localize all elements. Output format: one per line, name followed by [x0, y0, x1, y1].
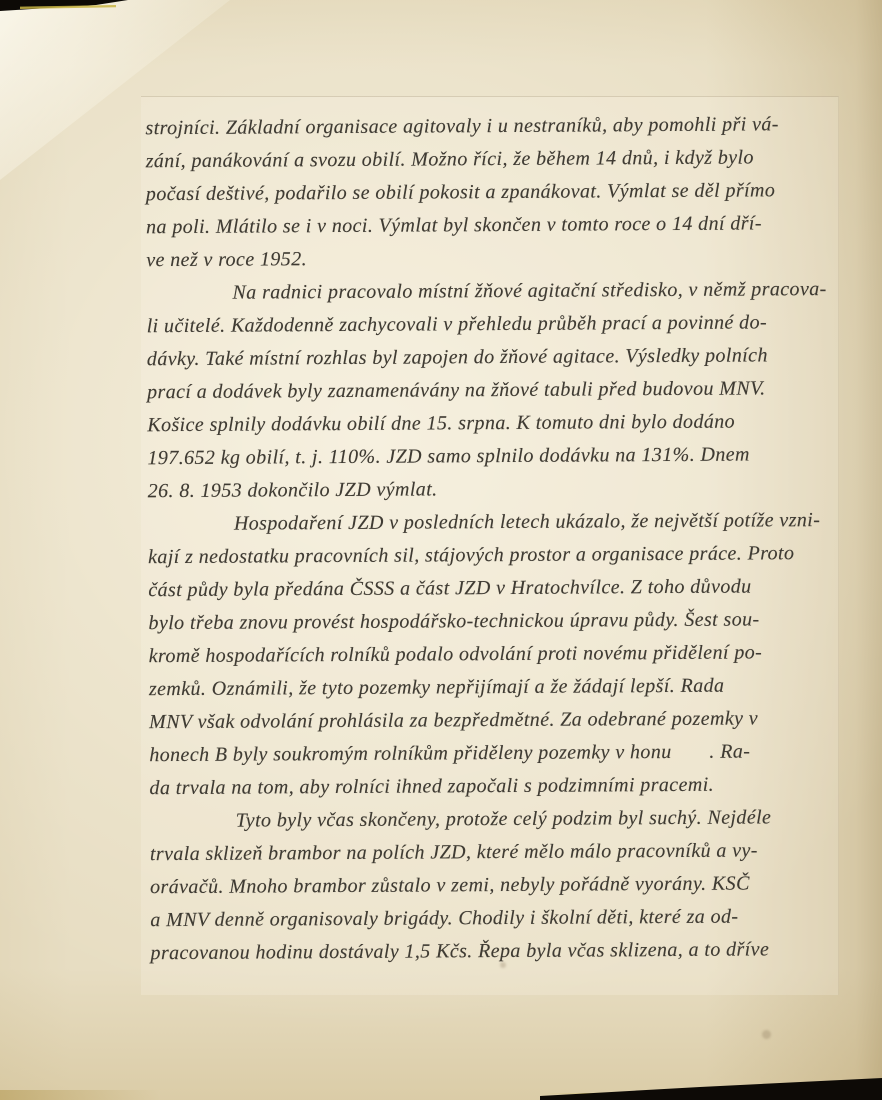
handwritten-line: da trvala na tom, aby rolníci ihned zapo…: [149, 768, 865, 805]
handwritten-line: honech B byly soukromým rolníkům přiděle…: [149, 735, 865, 772]
handwritten-line: kromě hospodařících rolníků podalo odvol…: [149, 636, 865, 673]
handwritten-line: strojníci. Základní organisace agitovaly…: [145, 108, 861, 145]
handwritten-line: Hospodaření JZD v posledních letech ukáz…: [148, 504, 864, 541]
paragraph-harvest: strojníci. Základní organisace agitovaly…: [145, 108, 862, 277]
paper-blemish: [500, 962, 506, 968]
handwritten-line: a MNV denně organisovaly brigády. Chodil…: [150, 900, 866, 937]
handwritten-line: kají z nedostatku pracovních sil, stájov…: [148, 537, 864, 574]
handwritten-line: Na radnici pracovalo místní žňové agitač…: [146, 273, 862, 310]
handwritten-line: bylo třeba znovu provést hospodářsko-tec…: [148, 603, 864, 640]
handwritten-line: zemků. Oznámili, že tyto pozemky nepřijí…: [149, 669, 865, 706]
handwritten-line: pracovanou hodinu dostávaly 1,5 Kčs. Řep…: [150, 933, 866, 970]
handwritten-line: zání, panákování a svozu obilí. Možno ří…: [146, 141, 862, 178]
handwritten-line: 26. 8. 1953 dokončilo JZD výmlat.: [148, 471, 864, 508]
handwritten-line: část půdy byla předána ČSSS a část JZD v…: [148, 570, 864, 607]
handwritten-line: ve než v roce 1952.: [146, 240, 862, 277]
paragraph-agitation-centre: Na radnici pracovalo místní žňové agitač…: [146, 273, 863, 508]
handwritten-line: li učitelé. Každodenně zachycovali v pře…: [147, 306, 863, 343]
handwritten-line: Košice splnily dodávku obilí dne 15. srp…: [147, 405, 863, 442]
handwritten-line: Tyto byly včas skončeny, protože celý po…: [150, 801, 866, 838]
paragraph-autumn-works: Tyto byly včas skončeny, protože celý po…: [150, 801, 867, 970]
handwritten-line: MNV však odvolání prohlásila za bezpředm…: [149, 702, 865, 739]
manuscript-scan: strojníci. Základní organisace agitovaly…: [0, 0, 882, 1100]
handwritten-line: orávačů. Mnoho brambor zůstalo v zemi, n…: [150, 867, 866, 904]
handwritten-line: trvala sklizeň brambor na polích JZD, kt…: [150, 834, 866, 871]
handwritten-line: 197.652 kg obilí, t. j. 110%. JZD samo s…: [147, 438, 863, 475]
paper-blemish: [762, 1030, 771, 1039]
handwritten-line: počasí deštivé, podařilo se obilí pokosi…: [146, 174, 862, 211]
handwritten-line: dávky. Také místní rozhlas byl zapojen d…: [147, 339, 863, 376]
handwritten-line: na poli. Mlátilo se i v noci. Výmlat byl…: [146, 207, 862, 244]
handwritten-text-block: strojníci. Základní organisace agitovaly…: [145, 108, 866, 970]
binding-shadow-bottom-left: [0, 1090, 160, 1100]
handwritten-line: prací a dodávek byly zaznamenávány na žň…: [147, 372, 863, 409]
paragraph-jzd-economy: Hospodaření JZD v posledních letech ukáz…: [148, 504, 866, 805]
